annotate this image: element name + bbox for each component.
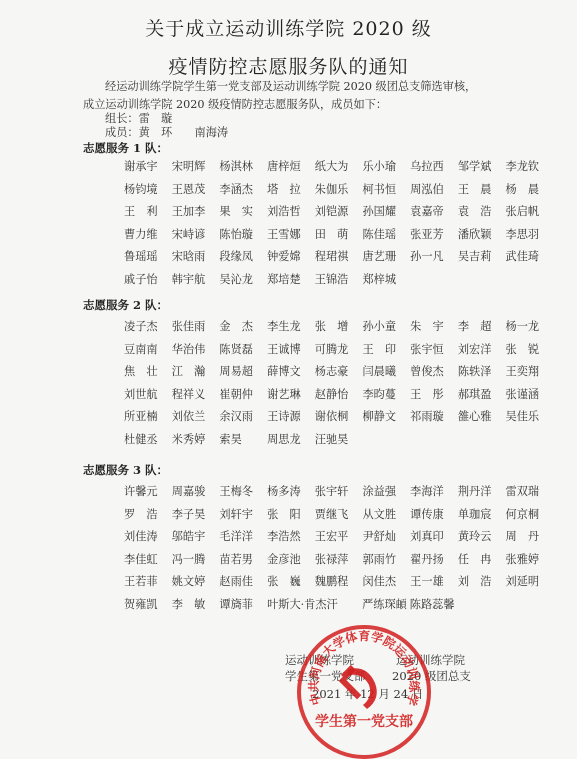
roster-row: 杨钧境王恩茂李涵杰塔 拉朱伽乐柯书恒周泓伯王 晨杨 晨 <box>124 181 564 204</box>
member-name: 毛洋洋 <box>219 528 267 551</box>
member-name: 任 冉 <box>458 551 506 574</box>
team1-roster: 谢承宇宋明辉杨淇林唐梓烜纸大为乐小瑜乌拉西邹学斌李龙钦杨钧境王恩茂李涵杰塔 拉朱… <box>124 158 564 293</box>
roster-row: 罗 浩李子昊刘轩宇张 阳贾继飞从文胜谭传康单珈宸何京桐 <box>124 506 564 529</box>
member-name: 李生龙 <box>267 318 315 341</box>
member-name: 乐小瑜 <box>362 158 410 181</box>
member-name: 苗若男 <box>219 551 267 574</box>
roster-row: 戚子怡韩宇航吴沁龙郑培楚王锦浩郑梓城 <box>124 271 564 294</box>
team2-roster: 凌子杰张佳雨金 杰李生龙张 增孙小童朱 宇李 超杨一龙豆南南华治伟陈贤磊王诚博可… <box>124 318 564 453</box>
member-name: 柯书恒 <box>362 181 410 204</box>
member-name: 涂益强 <box>362 483 410 506</box>
member-name: 豆南南 <box>124 341 172 364</box>
member-name: 王奕翔 <box>506 363 554 386</box>
member-name: 谭旖菲 <box>219 596 267 619</box>
member-name: 袁嘉帝 <box>410 203 458 226</box>
member-name: 孙一凡 <box>410 248 458 271</box>
member-name: 单珈宸 <box>458 506 506 529</box>
member-name: 王诚博 <box>267 341 315 364</box>
member-name: 张禄萍 <box>315 551 363 574</box>
member-name: 陈轶泽 <box>458 363 506 386</box>
member-name: 闫晨曦 <box>362 363 410 386</box>
member-name: 翟丹扬 <box>410 551 458 574</box>
member-name: 可腾龙 <box>315 341 363 364</box>
roster-row: 所亚楠刘依兰余汉雨王诗源谢依桐柳静文祁雨璇雒心雅吴佳乐 <box>124 408 564 431</box>
member-name: 陈佳瑶 <box>362 226 410 249</box>
roster-row: 曹力维宋峙谚陈怡璇王雪娜田 萌陈佳瑶张亚芳潘欣颖李思羽 <box>124 226 564 249</box>
member-name: 唐艺珊 <box>362 248 410 271</box>
roster-row: 谢承宇宋明辉杨淇林唐梓烜纸大为乐小瑜乌拉西邹学斌李龙钦 <box>124 158 564 181</box>
member-name: 谭传康 <box>410 506 458 529</box>
member-name: 李思羽 <box>506 226 554 249</box>
member-name: 段缘凤 <box>219 248 267 271</box>
notice-document: 关于成立运动训练学院 2020 级 疫情防控志愿服务队的通知 经运动训练学院学生… <box>0 0 577 759</box>
member-name: 潘欣颖 <box>458 226 506 249</box>
member-name: 果 实 <box>219 203 267 226</box>
member-name: 凌子杰 <box>124 318 172 341</box>
member-name: 焦 壮 <box>124 363 172 386</box>
member-name: 杨淇林 <box>219 158 267 181</box>
member-name: 张启帆 <box>506 203 554 226</box>
member-name: 张宇恒 <box>410 341 458 364</box>
member-name: 刘轩宇 <box>219 506 267 529</box>
roster-row: 贺雍凯李 敏谭旖菲叶斯大·肯杰汗严练琛頔陈路蕊馨 <box>124 596 564 619</box>
member-name: 纸大为 <box>315 158 363 181</box>
member-name: 杨一龙 <box>506 318 554 341</box>
member-name: 王诗源 <box>267 408 315 431</box>
member-name: 周思龙 <box>267 431 315 454</box>
member-name: 李 超 <box>458 318 506 341</box>
member-name: 陈贤磊 <box>219 341 267 364</box>
member-name: 张亚芳 <box>410 226 458 249</box>
member-name: 李浩然 <box>267 528 315 551</box>
member-name: 鲁瑶瑶 <box>124 248 172 271</box>
member-name: 袁 浩 <box>458 203 506 226</box>
member-name: 韩宇航 <box>172 271 220 294</box>
member-name: 李龙钦 <box>506 158 554 181</box>
member-name: 钟爱嫦 <box>267 248 315 271</box>
intro-line1: 经运动训练学院学生第一党支部及运动训练学院 2020 级团总支筛选审核， <box>105 78 476 94</box>
member-name: 宋明辉 <box>172 158 220 181</box>
roster-row: 刘世航程祥义崔朝仲谢艺琳赵静怡李昀蔓王 彤郝琪盈张谨涵 <box>124 386 564 409</box>
team2-title: 志愿服务 2 队： <box>83 297 168 313</box>
roster-row: 刘佳涛邬皓宇毛洋洋李浩然王宏平尹舒灿刘真印黄玲云周 丹 <box>124 528 564 551</box>
member-name: 李 敏 <box>172 596 220 619</box>
member-name: 许馨元 <box>124 483 172 506</box>
member-name: 米秀婷 <box>172 431 220 454</box>
member-name: 雒心雅 <box>458 408 506 431</box>
document-title-line2: 疫情防控志愿服务队的通知 <box>0 52 577 79</box>
member-name: 刘世航 <box>124 386 172 409</box>
member-name: 周嘉骏 <box>172 483 220 506</box>
team3-title: 志愿服务 3 队： <box>83 462 168 478</box>
member-name: 戚子怡 <box>124 271 172 294</box>
member-name: 王雪娜 <box>267 226 315 249</box>
roster-row: 鲁瑶瑶宋晗雨段缘凤钟爱嫦程珺祺唐艺珊孙一凡吴吉莉武佳琦 <box>124 248 564 271</box>
member-name: 柳静文 <box>362 408 410 431</box>
roster-row: 许馨元周嘉骏王梅冬杨多涛张宇轩涂益强李海洋荆丹洋雷双瑞 <box>124 483 564 506</box>
member-name: 刘延明 <box>506 573 554 596</box>
member-name: 朱 宇 <box>410 318 458 341</box>
member-name: 郭雨竹 <box>362 551 410 574</box>
member-name: 吴沁龙 <box>219 271 267 294</box>
member-name: 王锦浩 <box>315 271 363 294</box>
member-name: 杨 晨 <box>506 181 554 204</box>
member-name: 汪驰昊 <box>315 431 363 454</box>
member-name: 郑培楚 <box>267 271 315 294</box>
member-name: 江 瀚 <box>172 363 220 386</box>
roster-row: 李佳虹冯一腾苗若男金彦池张禄萍郭雨竹翟丹扬任 冉张雅婷 <box>124 551 564 574</box>
member-name: 王若菲 <box>124 573 172 596</box>
member-name: 孙小童 <box>362 318 410 341</box>
member-name: 黄玲云 <box>458 528 506 551</box>
member-name: 赵雨佳 <box>219 573 267 596</box>
member-name: 宋晗雨 <box>172 248 220 271</box>
member-name: 尹舒灿 <box>362 528 410 551</box>
member-name: 张雅婷 <box>506 551 554 574</box>
member-name: 李涵杰 <box>219 181 267 204</box>
member-name: 郑梓城 <box>362 271 410 294</box>
member-name: 严练琛頔 <box>362 596 410 619</box>
member-name: 孙国耀 <box>362 203 410 226</box>
member-name: 李佳虹 <box>124 551 172 574</box>
member-name: 程珺祺 <box>315 248 363 271</box>
member-name: 田 萌 <box>315 226 363 249</box>
member-name: 姚文婷 <box>172 573 220 596</box>
member-name: 贾继飞 <box>315 506 363 529</box>
member-name: 武佳琦 <box>506 248 554 271</box>
member-name: 张 增 <box>315 318 363 341</box>
member-name: 金 杰 <box>219 318 267 341</box>
member-name: 李子昊 <box>172 506 220 529</box>
member-name: 塔 拉 <box>267 181 315 204</box>
svg-text:中共河南大学体育学院运动训练学院委员会: 中共河南大学体育学院运动训练学院委员会 <box>301 629 422 707</box>
member-name: 邬皓宇 <box>172 528 220 551</box>
team-members: 成员：黄 环 南海涛 <box>105 124 228 140</box>
member-name: 唐梓烜 <box>267 158 315 181</box>
member-name: 刘 浩 <box>458 573 506 596</box>
member-name: 王恩茂 <box>172 181 220 204</box>
member-name: 周泓伯 <box>410 181 458 204</box>
member-name: 刘佳涛 <box>124 528 172 551</box>
member-name: 吴佳乐 <box>506 408 554 431</box>
member-name: 闵佳杰 <box>362 573 410 596</box>
member-name: 杨钧境 <box>124 181 172 204</box>
member-name: 崔朝仲 <box>219 386 267 409</box>
member-name: 程祥义 <box>172 386 220 409</box>
member-name: 刘依兰 <box>172 408 220 431</box>
member-name: 王一雄 <box>410 573 458 596</box>
member-name: 刘铠源 <box>315 203 363 226</box>
member-name: 刘浩哲 <box>267 203 315 226</box>
member-name: 李昀蔓 <box>362 386 410 409</box>
official-seal: 中共河南大学体育学院运动训练学院委员会 学生第一党支部 <box>297 625 431 759</box>
member-name: 所亚楠 <box>124 408 172 431</box>
member-name: 周易超 <box>219 363 267 386</box>
member-name: 张 锐 <box>506 341 554 364</box>
member-name: 李海洋 <box>410 483 458 506</box>
member-name: 金彦池 <box>267 551 315 574</box>
member-name: 张宇轩 <box>315 483 363 506</box>
member-name: 王加李 <box>172 203 220 226</box>
roster-row: 豆南南华治伟陈贤磊王诚博可腾龙王 印张宇恒刘宏洋张 锐 <box>124 341 564 364</box>
member-name: 谢依桐 <box>315 408 363 431</box>
team1-title: 志愿服务 1 队： <box>83 140 168 156</box>
member-name: 刘真印 <box>410 528 458 551</box>
member-name: 张谨涵 <box>506 386 554 409</box>
member-name: 华治伟 <box>172 341 220 364</box>
member-name: 张 巍 <box>267 573 315 596</box>
hammer-sickle-icon <box>339 665 377 709</box>
member-name: 魏鹏程 <box>315 573 363 596</box>
member-name: 何京桐 <box>506 506 554 529</box>
member-name: 从文胜 <box>362 506 410 529</box>
member-name: 王 印 <box>362 341 410 364</box>
member-name: 祁雨璇 <box>410 408 458 431</box>
member-name: 陈怡璇 <box>219 226 267 249</box>
member-name: 雷双瑞 <box>506 483 554 506</box>
document-title-line1: 关于成立运动训练学院 2020 级 <box>0 14 577 41</box>
member-name: 吴吉莉 <box>458 248 506 271</box>
roster-row: 王若菲姚文婷赵雨佳张 巍魏鹏程闵佳杰王一雄刘 浩刘延明 <box>124 573 564 596</box>
member-name: 杜健丞 <box>124 431 172 454</box>
roster-row: 王 利王加李果 实刘浩哲刘铠源孙国耀袁嘉帝袁 浩张启帆 <box>124 203 564 226</box>
member-name: 贺雍凯 <box>124 596 172 619</box>
member-name: 曾俊杰 <box>410 363 458 386</box>
member-name: 邹学斌 <box>458 158 506 181</box>
roster-row: 杜健丞米秀婷索昊周思龙汪驰昊 <box>124 431 564 454</box>
member-name: 朱伽乐 <box>315 181 363 204</box>
member-name: 杨多涛 <box>267 483 315 506</box>
member-name: 王 彤 <box>410 386 458 409</box>
member-name: 谢艺琳 <box>267 386 315 409</box>
member-name: 余汉雨 <box>219 408 267 431</box>
member-name: 索昊 <box>219 431 267 454</box>
roster-row: 凌子杰张佳雨金 杰李生龙张 增孙小童朱 宇李 超杨一龙 <box>124 318 564 341</box>
member-name: 薛博文 <box>267 363 315 386</box>
member-name: 周 丹 <box>506 528 554 551</box>
member-name: 王梅冬 <box>219 483 267 506</box>
member-name: 刘宏洋 <box>458 341 506 364</box>
team3-roster: 许馨元周嘉骏王梅冬杨多涛张宇轩涂益强李海洋荆丹洋雷双瑞罗 浩李子昊刘轩宇张 阳贾… <box>124 483 564 618</box>
member-name: 曹力维 <box>124 226 172 249</box>
roster-row: 焦 壮江 瀚周易超薛博文杨志豪闫晨曦曾俊杰陈轶泽王奕翔 <box>124 363 564 386</box>
member-name: 乌拉西 <box>410 158 458 181</box>
member-name: 张 阳 <box>267 506 315 529</box>
member-name: 王 晨 <box>458 181 506 204</box>
seal-graphic: 中共河南大学体育学院运动训练学院委员会 <box>301 629 427 755</box>
member-name: 谢承宇 <box>124 158 172 181</box>
member-name: 张佳雨 <box>172 318 220 341</box>
member-name: 宋峙谚 <box>172 226 220 249</box>
member-name: 王 利 <box>124 203 172 226</box>
member-name: 赵静怡 <box>315 386 363 409</box>
seal-bottom-text: 学生第一党支部 <box>301 711 427 731</box>
member-name: 王宏平 <box>315 528 363 551</box>
member-name: 郝琪盈 <box>458 386 506 409</box>
member-name: 陈路蕊馨 <box>410 596 458 619</box>
member-name: 冯一腾 <box>172 551 220 574</box>
member-name: 杨志豪 <box>315 363 363 386</box>
member-name: 叶斯大·肯杰汗 <box>267 596 362 619</box>
member-name: 罗 浩 <box>124 506 172 529</box>
member-name: 荆丹洋 <box>458 483 506 506</box>
